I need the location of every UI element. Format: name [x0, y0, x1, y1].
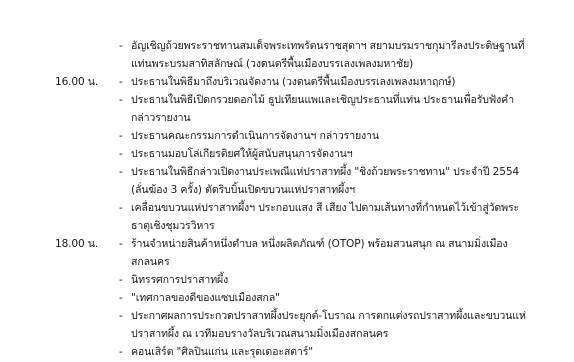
bullet-dash: - — [119, 272, 127, 289]
item-text: ร้านจำหน่ายสินค้าหนึ่งตำบล หนึ่งผลิตภัณฑ… — [131, 236, 508, 253]
time-label: 18.00 น. — [55, 236, 115, 253]
bullet-dash: - — [119, 146, 127, 163]
bullet-dash: - — [119, 38, 127, 55]
time-label: 16.00 น. — [55, 74, 115, 91]
bullet-dash: - — [119, 92, 127, 109]
item-text: "เทศกาลของดีของแซบเมืองสกล" — [131, 290, 280, 307]
bullet-dash: - — [119, 236, 127, 253]
item-text: ประธานคณะกรรมการดำเนินการจัดงานฯ กล่าวรา… — [131, 128, 379, 145]
item-text: ธาตุเชิงชุมวรวิหาร — [131, 218, 215, 235]
item-text: กล่าวรายงาน — [131, 110, 191, 127]
item-text: ประธานในพิธีมาถึงบริเวณจัดงาน (วงดนตรีพื… — [131, 74, 455, 91]
item-text: ประกาศผลการประกวดปราสาทผึ้งประยุกต์-โบรา… — [131, 308, 526, 325]
item-text: ปราสาทผึ้ง ณ เวทีมอบรางวัลบริเวณสนามมิ่ง… — [131, 326, 388, 343]
bullet-dash: - — [119, 290, 127, 307]
bullet-dash: - — [119, 200, 127, 217]
document-page: - อัญเชิญถ้วยพระราชทานสมเด็จพระเทพรัตนรา… — [0, 0, 574, 362]
item-text: ประธานมอบโล่เกียรติยศให้ผู้สนับสนุนการจั… — [131, 146, 353, 163]
item-text: ประธานในพิธีเปิดกรวยดอกไม้ ธูปเทียนแพและ… — [131, 92, 514, 109]
item-text: เคลื่อนขบวนแห่ปราสาทผึ้งฯ ประกอบแสง สี เ… — [131, 200, 519, 217]
bullet-dash: - — [119, 308, 127, 325]
bullet-dash: - — [119, 128, 127, 145]
item-text: นิทรรศการปราสาทผึ้ง — [131, 272, 228, 289]
item-text: สกลนคร — [131, 254, 170, 271]
bullet-dash: - — [119, 74, 127, 91]
bullet-dash: - — [119, 164, 127, 181]
item-text: ประธานในพิธีกล่าวเปิดงานประเพณีแห่ปราสาท… — [131, 164, 519, 181]
item-text: คอนเสิร์ต "ศิลปินแก่น และรุดเดอะสตาร์" — [131, 344, 313, 361]
item-text: แท่นพระบรมสาทิสลักษณ์ (วงดนตรีพื้นเมืองบ… — [131, 56, 413, 73]
item-text: (ลั่นฆ้อง 3 ครั้ง) ตัดริบบิ้นเปิดขบวนแห่… — [131, 182, 355, 199]
item-text: อัญเชิญถ้วยพระราชทานสมเด็จพระเทพรัตนราชส… — [131, 38, 524, 55]
bullet-dash: - — [119, 344, 127, 361]
